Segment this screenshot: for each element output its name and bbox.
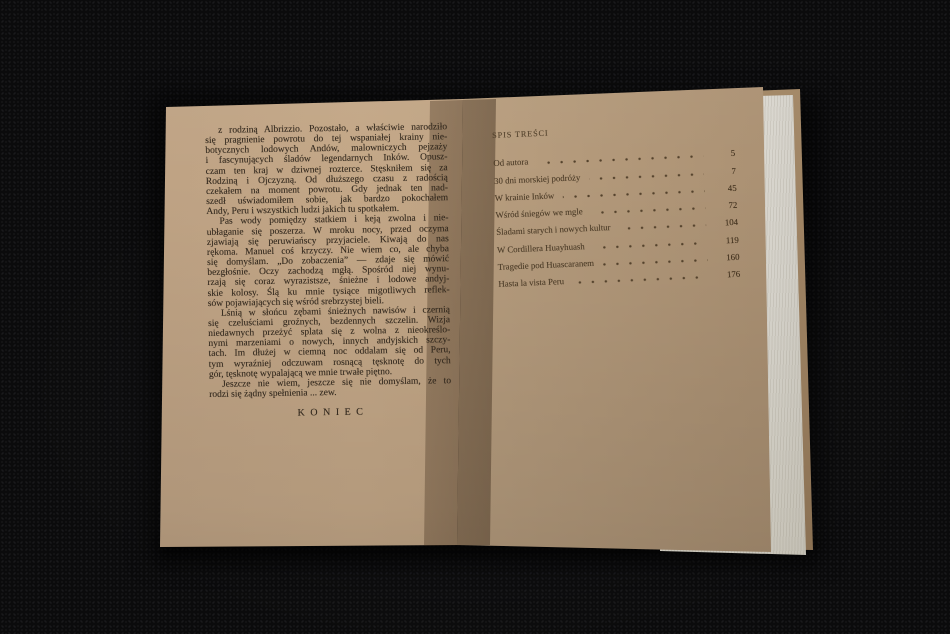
toc-entry-page-number: 5 (709, 148, 735, 159)
toc-entry-label: 30 dni morskiej podróży (494, 172, 581, 186)
left-page-text-block: z rodziną Albrizzio. Pozostało, a właści… (205, 122, 452, 420)
toc-dot-leader (563, 189, 705, 199)
table-of-contents: SPIS TREŚCI Od autora530 dni morskiej po… (492, 121, 741, 294)
toc-entry-page-number: 7 (710, 165, 736, 176)
photo-background: z rodziną Albrizzio. Pozostało, a właści… (0, 0, 950, 634)
toc-dot-leader (603, 258, 708, 266)
toc-list: Od autora530 dni morskiej podróży7W krai… (493, 146, 741, 294)
toc-dot-leader (594, 241, 707, 250)
toc-entry-label: Od autora (493, 157, 528, 168)
toc-entry-label: W Cordillera Huayhuash (497, 241, 585, 255)
toc-entry-label: W krainie Inków (495, 190, 555, 202)
toc-dot-leader (619, 224, 706, 232)
toc-entry-label: Tragedie pod Huascaranem (497, 258, 594, 272)
toc-entry-label: Śladami starych i nowych kultur (496, 223, 611, 238)
toc-dot-leader (537, 154, 703, 165)
left-page-lines: z rodziną Albrizzio. Pozostało, a właści… (205, 122, 451, 400)
toc-entry-page-number: 160 (713, 252, 739, 263)
toc-entry-label: Wśród śniegów we mgle (495, 206, 583, 220)
toc-dot-leader (592, 206, 706, 215)
toc-entry-page-number: 72 (711, 200, 737, 211)
toc-dot-leader (589, 172, 704, 181)
toc-entry-label: Hasta la vista Peru (498, 276, 564, 289)
toc-entry-page-number: 45 (710, 183, 736, 194)
toc-dot-leader (573, 275, 708, 285)
toc-entry-page-number: 104 (712, 217, 738, 228)
toc-entry-page-number: 119 (713, 235, 739, 246)
toc-entry-page-number: 176 (714, 269, 740, 280)
